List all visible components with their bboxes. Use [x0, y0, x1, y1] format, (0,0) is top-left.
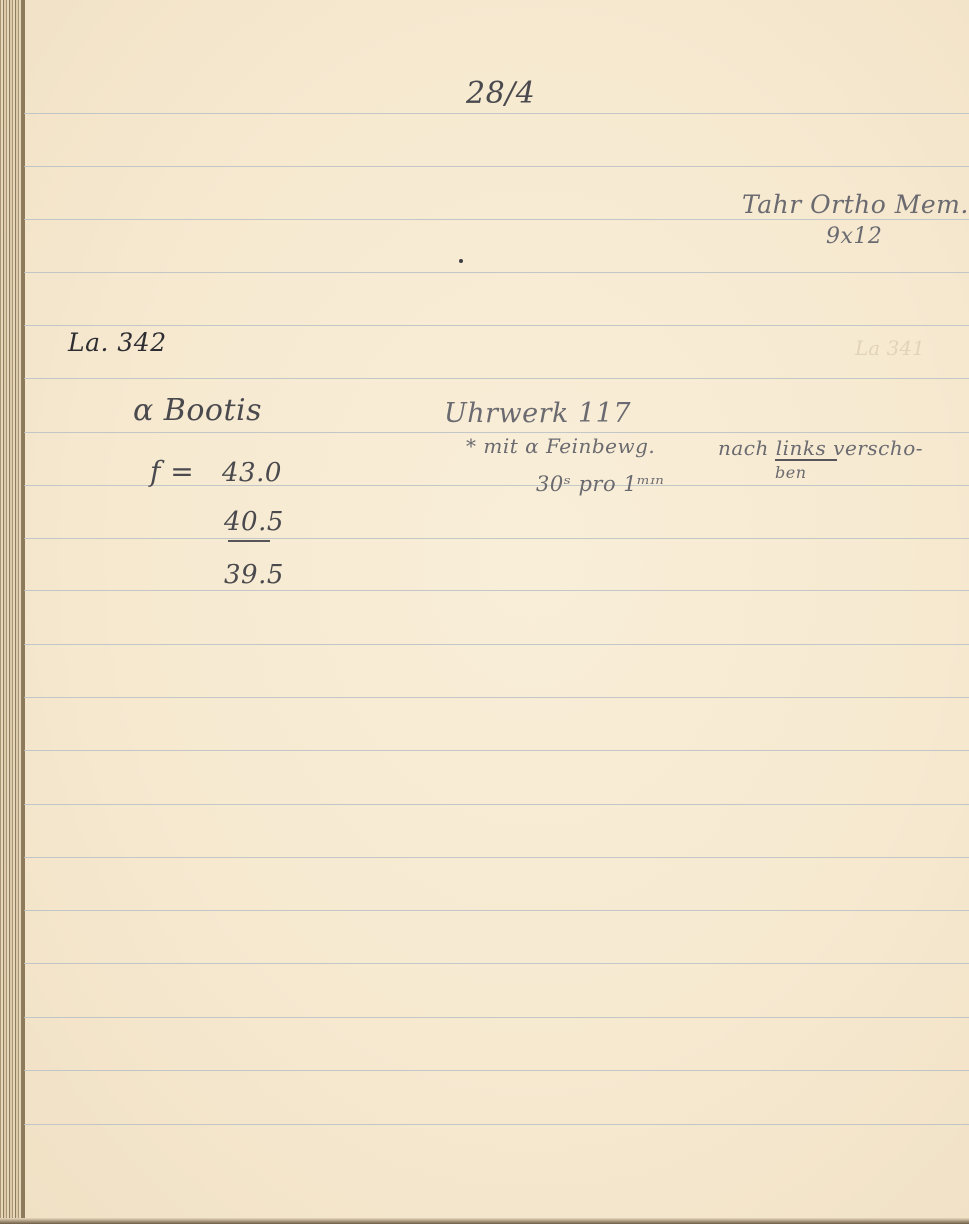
- plate-type: Tahr Ortho Mem.: [742, 190, 969, 219]
- word-underline: [775, 459, 837, 461]
- page-bottom-edge: [0, 1218, 969, 1224]
- stacked-page-edges: [0, 0, 24, 1224]
- ruled-line: [24, 325, 969, 326]
- ruled-line: [24, 113, 969, 114]
- ruled-line: [24, 644, 969, 645]
- ruled-line: [24, 963, 969, 964]
- ruled-line: [24, 804, 969, 805]
- ruled-line: [24, 1070, 969, 1071]
- ruled-line: [24, 1017, 969, 1018]
- page-edge-shadow: [22, 0, 25, 1224]
- object-name: α Bootis: [133, 393, 262, 428]
- direction-note: nach links verscho-: [718, 436, 923, 460]
- ruled-line: [24, 538, 969, 539]
- ruled-line: [24, 432, 969, 433]
- page-date: 28/4: [466, 76, 535, 111]
- ruled-line: [24, 697, 969, 698]
- fine-motion-note: * mit α Feinbewg.: [466, 434, 655, 458]
- rate-note: 30ˢ pro 1ᵐᶦⁿ: [536, 472, 664, 496]
- ruled-line: [24, 910, 969, 911]
- ruled-line: [24, 1124, 969, 1125]
- clockwork-note: Uhrwerk 117: [444, 398, 631, 429]
- ruled-line: [24, 590, 969, 591]
- catalog-reference: La. 342: [68, 328, 167, 357]
- ruled-line: [24, 750, 969, 751]
- ruled-line: [24, 857, 969, 858]
- ruled-line: [24, 219, 969, 220]
- focus-label: f =: [150, 455, 194, 488]
- ink-dot: [459, 259, 463, 263]
- focus-value-1: 43.0: [222, 458, 282, 488]
- ruled-line: [24, 166, 969, 167]
- ruled-line: [24, 272, 969, 273]
- sum-line: [228, 540, 270, 542]
- notebook-page: La 341 28/4 Tahr Ortho Mem. 9x12 La. 342…: [0, 0, 969, 1224]
- focus-value-2: 40.5: [224, 507, 284, 537]
- direction-note-wrap: ben: [775, 463, 807, 482]
- focus-value-3: 39.5: [224, 560, 284, 590]
- bleed-through-text: La 341: [855, 336, 925, 360]
- ruled-line: [24, 378, 969, 379]
- plate-size: 9x12: [826, 224, 882, 249]
